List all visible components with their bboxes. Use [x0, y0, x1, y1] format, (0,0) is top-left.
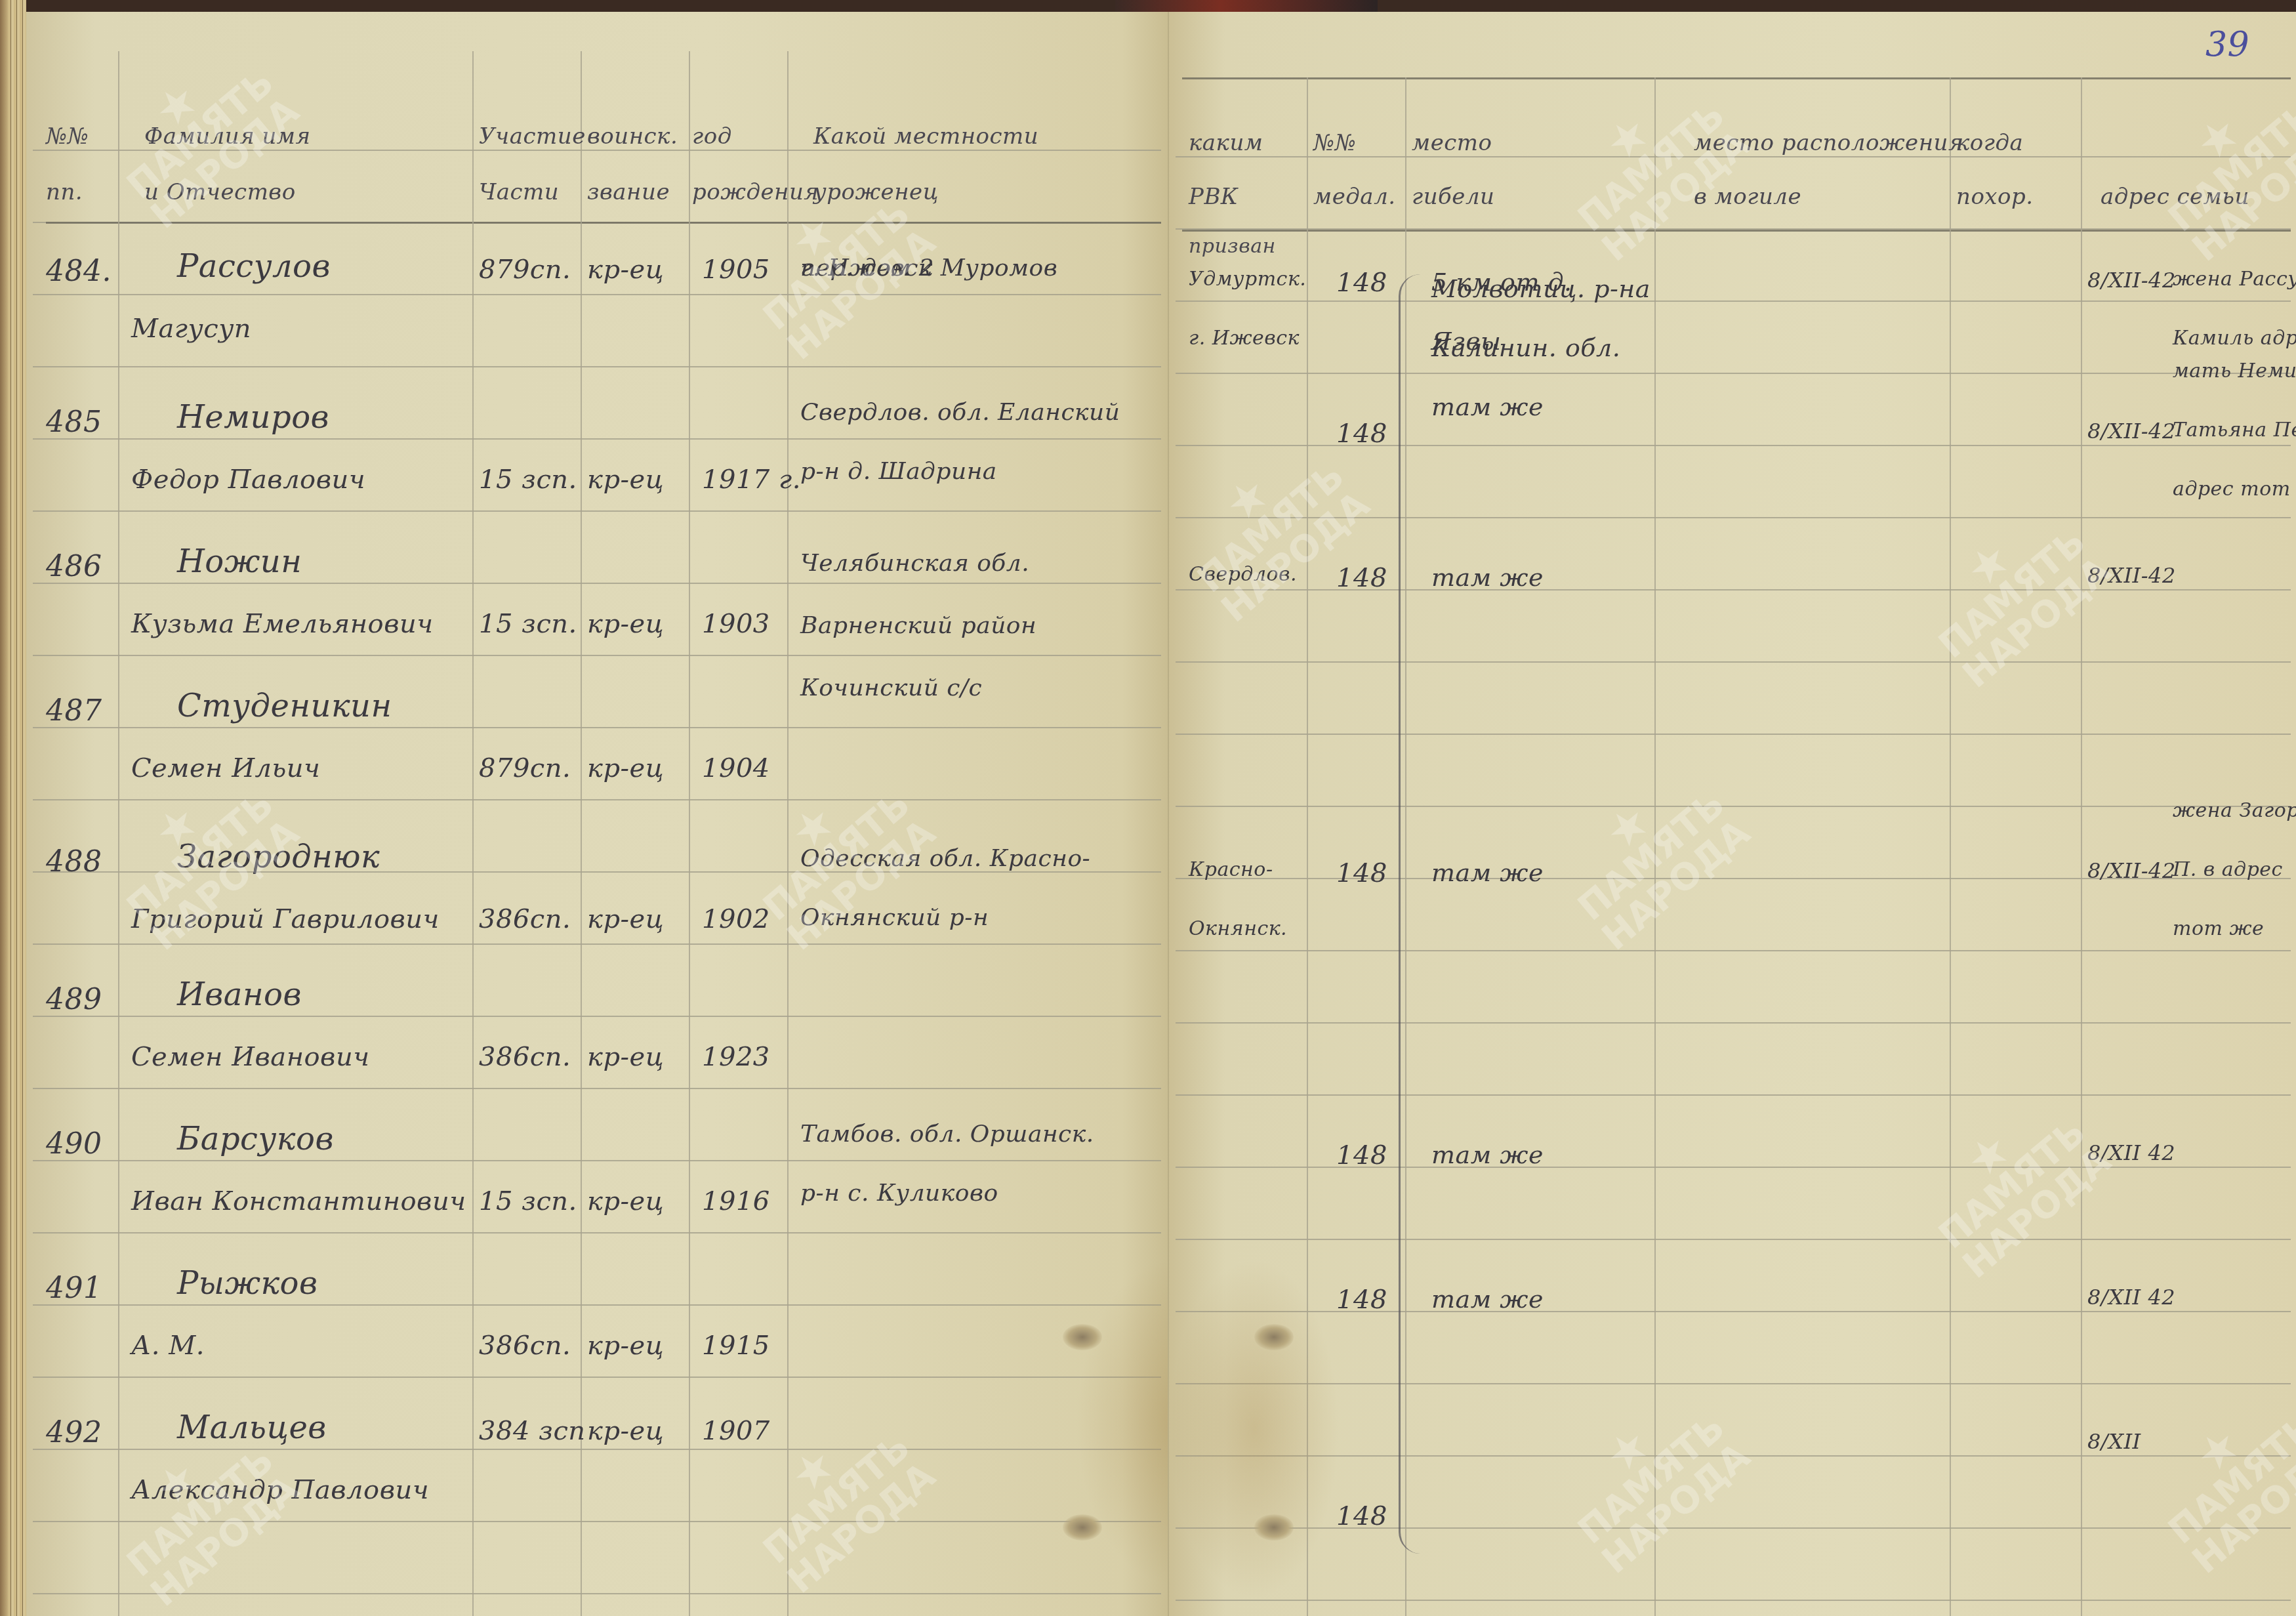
ruled-line: [1176, 661, 2291, 663]
rvk-line: Свердлов.: [1189, 563, 1297, 586]
ruled-line: [33, 799, 1161, 800]
place-of-death-line: Калинин. обл.: [1431, 333, 1620, 362]
ruled-line: [1176, 734, 2291, 735]
surname: Рыжков: [177, 1265, 318, 1302]
birth-year: 1915: [702, 1331, 770, 1361]
ruled-line: [33, 943, 1161, 945]
star-icon: ★: [1908, 493, 2069, 636]
column-header-place-line2: гибели: [1412, 184, 1495, 210]
staple-mark: [1254, 1324, 1294, 1350]
rvk-line: Удмуртск.: [1189, 268, 1306, 291]
medallion-number: 148: [1336, 1140, 1387, 1171]
medallion-number: 148: [1336, 419, 1387, 449]
star-icon: ★: [96, 33, 257, 177]
column-header-family-line2: адрес семьи: [2101, 184, 2249, 210]
family-address-line: Татьяна Петровна: [2173, 419, 2296, 442]
watermark: ★ПАМЯТЬ НАРОДА: [1908, 1083, 2118, 1285]
watermark-text: ПАМЯТЬ НАРОДА: [1931, 520, 2119, 696]
ruled-line: [33, 1304, 1161, 1306]
origin-line: Челябинская обл.: [800, 550, 1029, 577]
water-stain: [1169, 1258, 1340, 1600]
column-divider: [2081, 77, 2082, 1616]
star-icon: ★: [2137, 1378, 2296, 1522]
ruled-line: [33, 1016, 1161, 1017]
given-names: Александр Павлович: [131, 1475, 429, 1505]
watermark-text: ПАМЯТЬ НАРОДА: [755, 1426, 943, 1602]
unit: 386сп.: [479, 1042, 571, 1072]
column-header-unit-line2: Части: [479, 179, 559, 205]
origin-line: Окнянский р-н: [800, 904, 989, 931]
column-header-origin-line2: уроженец: [813, 179, 939, 205]
ruled-line: [33, 1521, 1161, 1522]
place-of-death-line: там же: [1431, 858, 1544, 887]
origin-line: Кочинский с/с: [800, 674, 982, 701]
origin-line: Свердлов. обл. Еланский: [800, 399, 1120, 426]
column-header-year-line2: рождения: [692, 179, 819, 205]
watermark-text: ПАМЯТЬ НАРОДА: [1570, 1406, 1758, 1582]
column-header-rvk: каким: [1189, 130, 1263, 156]
given-names: Семен Иванович: [131, 1042, 370, 1072]
column-header-date: когда: [1956, 130, 2023, 156]
family-address-line: мать Немирова: [2173, 360, 2296, 383]
origin-line: р-н с. Куликово: [800, 1180, 998, 1207]
entry-number: 488: [46, 845, 102, 879]
ruled-line: [33, 510, 1161, 512]
staple-mark: [1063, 1514, 1102, 1541]
watermark: ★ПАМЯТЬ НАРОДА: [2137, 1378, 2296, 1581]
surname: Немиров: [177, 399, 329, 436]
ruled-line: [1176, 1383, 2291, 1384]
column-header-rvk-line2: РВК: [1189, 184, 1239, 210]
staple-mark: [1254, 1514, 1294, 1541]
column-header-place: место: [1412, 130, 1492, 156]
origin-line: р-н д. Шадрина: [800, 458, 997, 485]
rank: кр-ец: [587, 609, 664, 639]
birth-year: 1917 г.: [702, 465, 801, 495]
unit: 15 зсп.: [479, 465, 577, 495]
column-header-date-line2: похор.: [1956, 184, 2034, 210]
ruled-line: [1176, 950, 2291, 951]
given-names: Семен Ильич: [131, 753, 320, 783]
staple-mark: [1063, 1324, 1102, 1350]
header-rule: [46, 222, 1161, 224]
place-of-death-line: там же: [1431, 1285, 1544, 1314]
column-header-year: год: [692, 123, 732, 150]
family-address-line: жена Рассулова: [2173, 268, 2296, 291]
rvk-line: г. Ижевск: [1189, 327, 1300, 350]
column-divider: [581, 51, 582, 1616]
ruled-line: [33, 655, 1161, 656]
surname: Рассулов: [177, 248, 331, 285]
watermark: ★ПАМЯТЬ НАРОДА: [2137, 66, 2296, 268]
watermark-text: ПАМЯТЬ НАРОДА: [1931, 1111, 2119, 1287]
column-header-name-line2: и Отчество: [144, 179, 296, 205]
unit: 386сп.: [479, 1331, 571, 1361]
ruled-line: [33, 366, 1161, 367]
column-header-rank-line2: звание: [587, 179, 670, 205]
rank: кр-ец: [587, 1186, 664, 1216]
left-page: №№пп.Фамилия имяи ОтчествоУчастиеЧастиво…: [26, 12, 1169, 1616]
ruled-line: [1176, 806, 2291, 807]
family-address-line: адрес тот же: [2173, 478, 2296, 501]
entry-number: 492: [46, 1416, 102, 1449]
rvk-line: Красно-: [1189, 858, 1273, 881]
watermark-text: ПАМЯТЬ НАРОДА: [119, 1439, 307, 1615]
place-of-death-line: Молвотиц. р-на: [1431, 274, 1650, 303]
birth-year: 1902: [702, 904, 770, 934]
watermark-text: ПАМЯТЬ НАРОДА: [1570, 783, 1758, 959]
burial-date: 8/XII: [2087, 1429, 2141, 1454]
page-stack-edge: [8, 0, 26, 1616]
origin-line: Одесская обл. Красно-: [800, 845, 1090, 872]
burial-date: 8/XII 42: [2087, 1140, 2175, 1165]
ruled-line: [1176, 517, 2291, 518]
ruled-line: [33, 727, 1161, 728]
column-divider: [472, 51, 474, 1616]
grouping-brace: [1399, 274, 1420, 1554]
birth-year: 1923: [702, 1042, 770, 1072]
entry-number: 485: [46, 405, 102, 439]
rank: кр-ец: [587, 1042, 664, 1072]
surname: Студеникин: [177, 688, 392, 724]
rank: кр-ец: [587, 904, 664, 934]
ruled-line: [1176, 373, 2291, 374]
watermark: ★ПАМЯТЬ НАРОДА: [1547, 66, 1757, 268]
binding-top: [1115, 0, 1378, 13]
column-header-origin: Какой местности: [813, 123, 1038, 150]
unit: 15 зсп.: [479, 1186, 577, 1216]
surname: Барсуков: [177, 1121, 334, 1157]
medallion-number: 148: [1336, 1285, 1387, 1315]
burial-date: 8/XII-42: [2087, 419, 2176, 444]
birth-year: 1904: [702, 753, 770, 783]
family-address-line: П. в адрес: [2173, 858, 2283, 881]
column-header-num: №№: [46, 123, 89, 150]
column-divider: [1950, 77, 1951, 1616]
top-rule: [1182, 77, 2291, 79]
entry-number: 491: [46, 1272, 102, 1305]
burial-date: 8/XII 42: [2087, 1285, 2175, 1310]
unit: 879сп.: [479, 753, 571, 783]
column-header-name: Фамилия имя: [144, 123, 311, 150]
medallion-number: 148: [1336, 1501, 1387, 1531]
entry-number: 487: [46, 694, 102, 728]
column-header-grave: место расположения: [1694, 130, 1963, 156]
surname: Иванов: [177, 976, 302, 1013]
rank: кр-ец: [587, 255, 664, 285]
rank: кр-ец: [587, 1416, 664, 1446]
birth-year: 1905: [702, 255, 770, 285]
star-icon: ★: [1908, 1083, 2069, 1227]
place-of-death-line: там же: [1431, 392, 1544, 421]
medallion-number: 148: [1336, 858, 1387, 888]
rank: кр-ец: [587, 753, 664, 783]
watermark-text: ПАМЯТЬ НАРОДА: [2160, 94, 2296, 270]
column-divider: [118, 51, 119, 1616]
watermark: ★ПАМЯТЬ НАРОДА: [1169, 427, 1376, 629]
family-address-line: жена Загороднюк: [2173, 799, 2296, 822]
column-header-rank: воинск.: [587, 123, 678, 150]
column-divider: [787, 51, 789, 1616]
column-header-grave-line2: в могиле: [1694, 184, 1801, 210]
surname: Ножин: [177, 543, 302, 580]
place-of-death-line: там же: [1431, 563, 1544, 592]
ruled-line: [33, 1088, 1161, 1089]
ruled-line: [33, 438, 1161, 440]
unit: 15 зсп.: [479, 609, 577, 639]
burial-date: 8/XII-42: [2087, 563, 2176, 588]
ruled-line: [33, 294, 1161, 295]
given-names: А. М.: [131, 1331, 205, 1361]
entry-number: 486: [46, 550, 102, 583]
column-divider: [689, 51, 690, 1616]
ruled-line: [1176, 1239, 2291, 1240]
star-icon: ★: [1547, 66, 1708, 210]
watermark-text: ПАМЯТЬ НАРОДА: [1570, 94, 1758, 270]
birth-year: 1916: [702, 1186, 770, 1216]
watermark: ★ПАМЯТЬ НАРОДА: [1547, 1378, 1757, 1581]
burial-date: 8/XII-42: [2087, 858, 2176, 883]
burial-date: 8/XII-42: [2087, 268, 2176, 293]
medallion-number: 148: [1336, 268, 1387, 298]
watermark: ★ПАМЯТЬ НАРОДА: [1908, 493, 2118, 695]
rank: кр-ец: [587, 465, 664, 495]
given-names: Иван Константинович: [131, 1186, 466, 1216]
ruled-line: [33, 1160, 1161, 1161]
ruled-line: [33, 1449, 1161, 1450]
given-names: Магусуп: [131, 314, 251, 344]
watermark: ★ПАМЯТЬ НАРОДА: [1547, 755, 1757, 957]
family-address-line: Камиль адрес тот же: [2173, 327, 2296, 350]
surname: Загороднюк: [177, 839, 380, 875]
column-header-num-line2: пп.: [46, 179, 83, 205]
origin-line: пер. дом 2: [800, 255, 934, 281]
column-header-rvk-line3: призван: [1189, 235, 1276, 258]
birth-year: 1903: [702, 609, 770, 639]
star-icon: ★: [1169, 427, 1328, 571]
entry-number: 489: [46, 983, 102, 1016]
surname: Мальцев: [177, 1409, 327, 1446]
watermark-text: ПАМЯТЬ НАРОДА: [2160, 1406, 2296, 1582]
column-header-med: №№: [1313, 130, 1356, 156]
entry-number: 484.: [46, 255, 112, 288]
ruled-line: [33, 150, 1161, 151]
rvk-line: Окнянск.: [1189, 917, 1287, 940]
origin-line: Тамбов. обл. Оршанск.: [800, 1121, 1094, 1148]
given-names: Федор Павлович: [131, 465, 365, 495]
ruled-line: [1176, 300, 2291, 302]
birth-year: 1907: [702, 1416, 770, 1446]
page-number: 39: [2205, 25, 2249, 64]
unit: 879сп.: [479, 255, 571, 285]
medallion-number: 148: [1336, 563, 1387, 593]
column-header-med-line2: медал.: [1313, 184, 1396, 210]
ruled-line: [1176, 1094, 2291, 1096]
register-spread: №№пп.Фамилия имяи ОтчествоУчастиеЧастиво…: [0, 0, 2296, 1616]
rank: кр-ец: [587, 1331, 664, 1361]
ruled-line: [1176, 1600, 2291, 1601]
ruled-line: [33, 1232, 1161, 1233]
right-page: 39 какимРВКпризван№№медал.местогибелимес…: [1169, 12, 2296, 1616]
column-header-unit: Участие: [479, 123, 586, 150]
book-edge: [0, 0, 8, 1616]
ruled-line: [1176, 1455, 2291, 1457]
column-divider: [1654, 77, 1656, 1616]
origin-line: Варненский район: [800, 612, 1036, 639]
given-names: Кузьма Емельянович: [131, 609, 434, 639]
header-rule: [1182, 230, 2291, 232]
unit: 384 зсп: [479, 1416, 586, 1446]
ruled-line: [33, 583, 1161, 584]
ruled-line: [33, 1377, 1161, 1378]
star-icon: ★: [1547, 1378, 1708, 1522]
unit: 386сп.: [479, 904, 571, 934]
ruled-line: [1176, 156, 2291, 157]
given-names: Григорий Гаврилович: [131, 904, 440, 934]
place-of-death-line: там же: [1431, 1140, 1544, 1169]
ruled-line: [33, 1593, 1161, 1594]
entry-number: 490: [46, 1127, 102, 1161]
watermark-text: ПАМЯТЬ НАРОДА: [1189, 455, 1378, 631]
family-address-line: тот же: [2173, 917, 2264, 940]
ruled-line: [1176, 1022, 2291, 1024]
